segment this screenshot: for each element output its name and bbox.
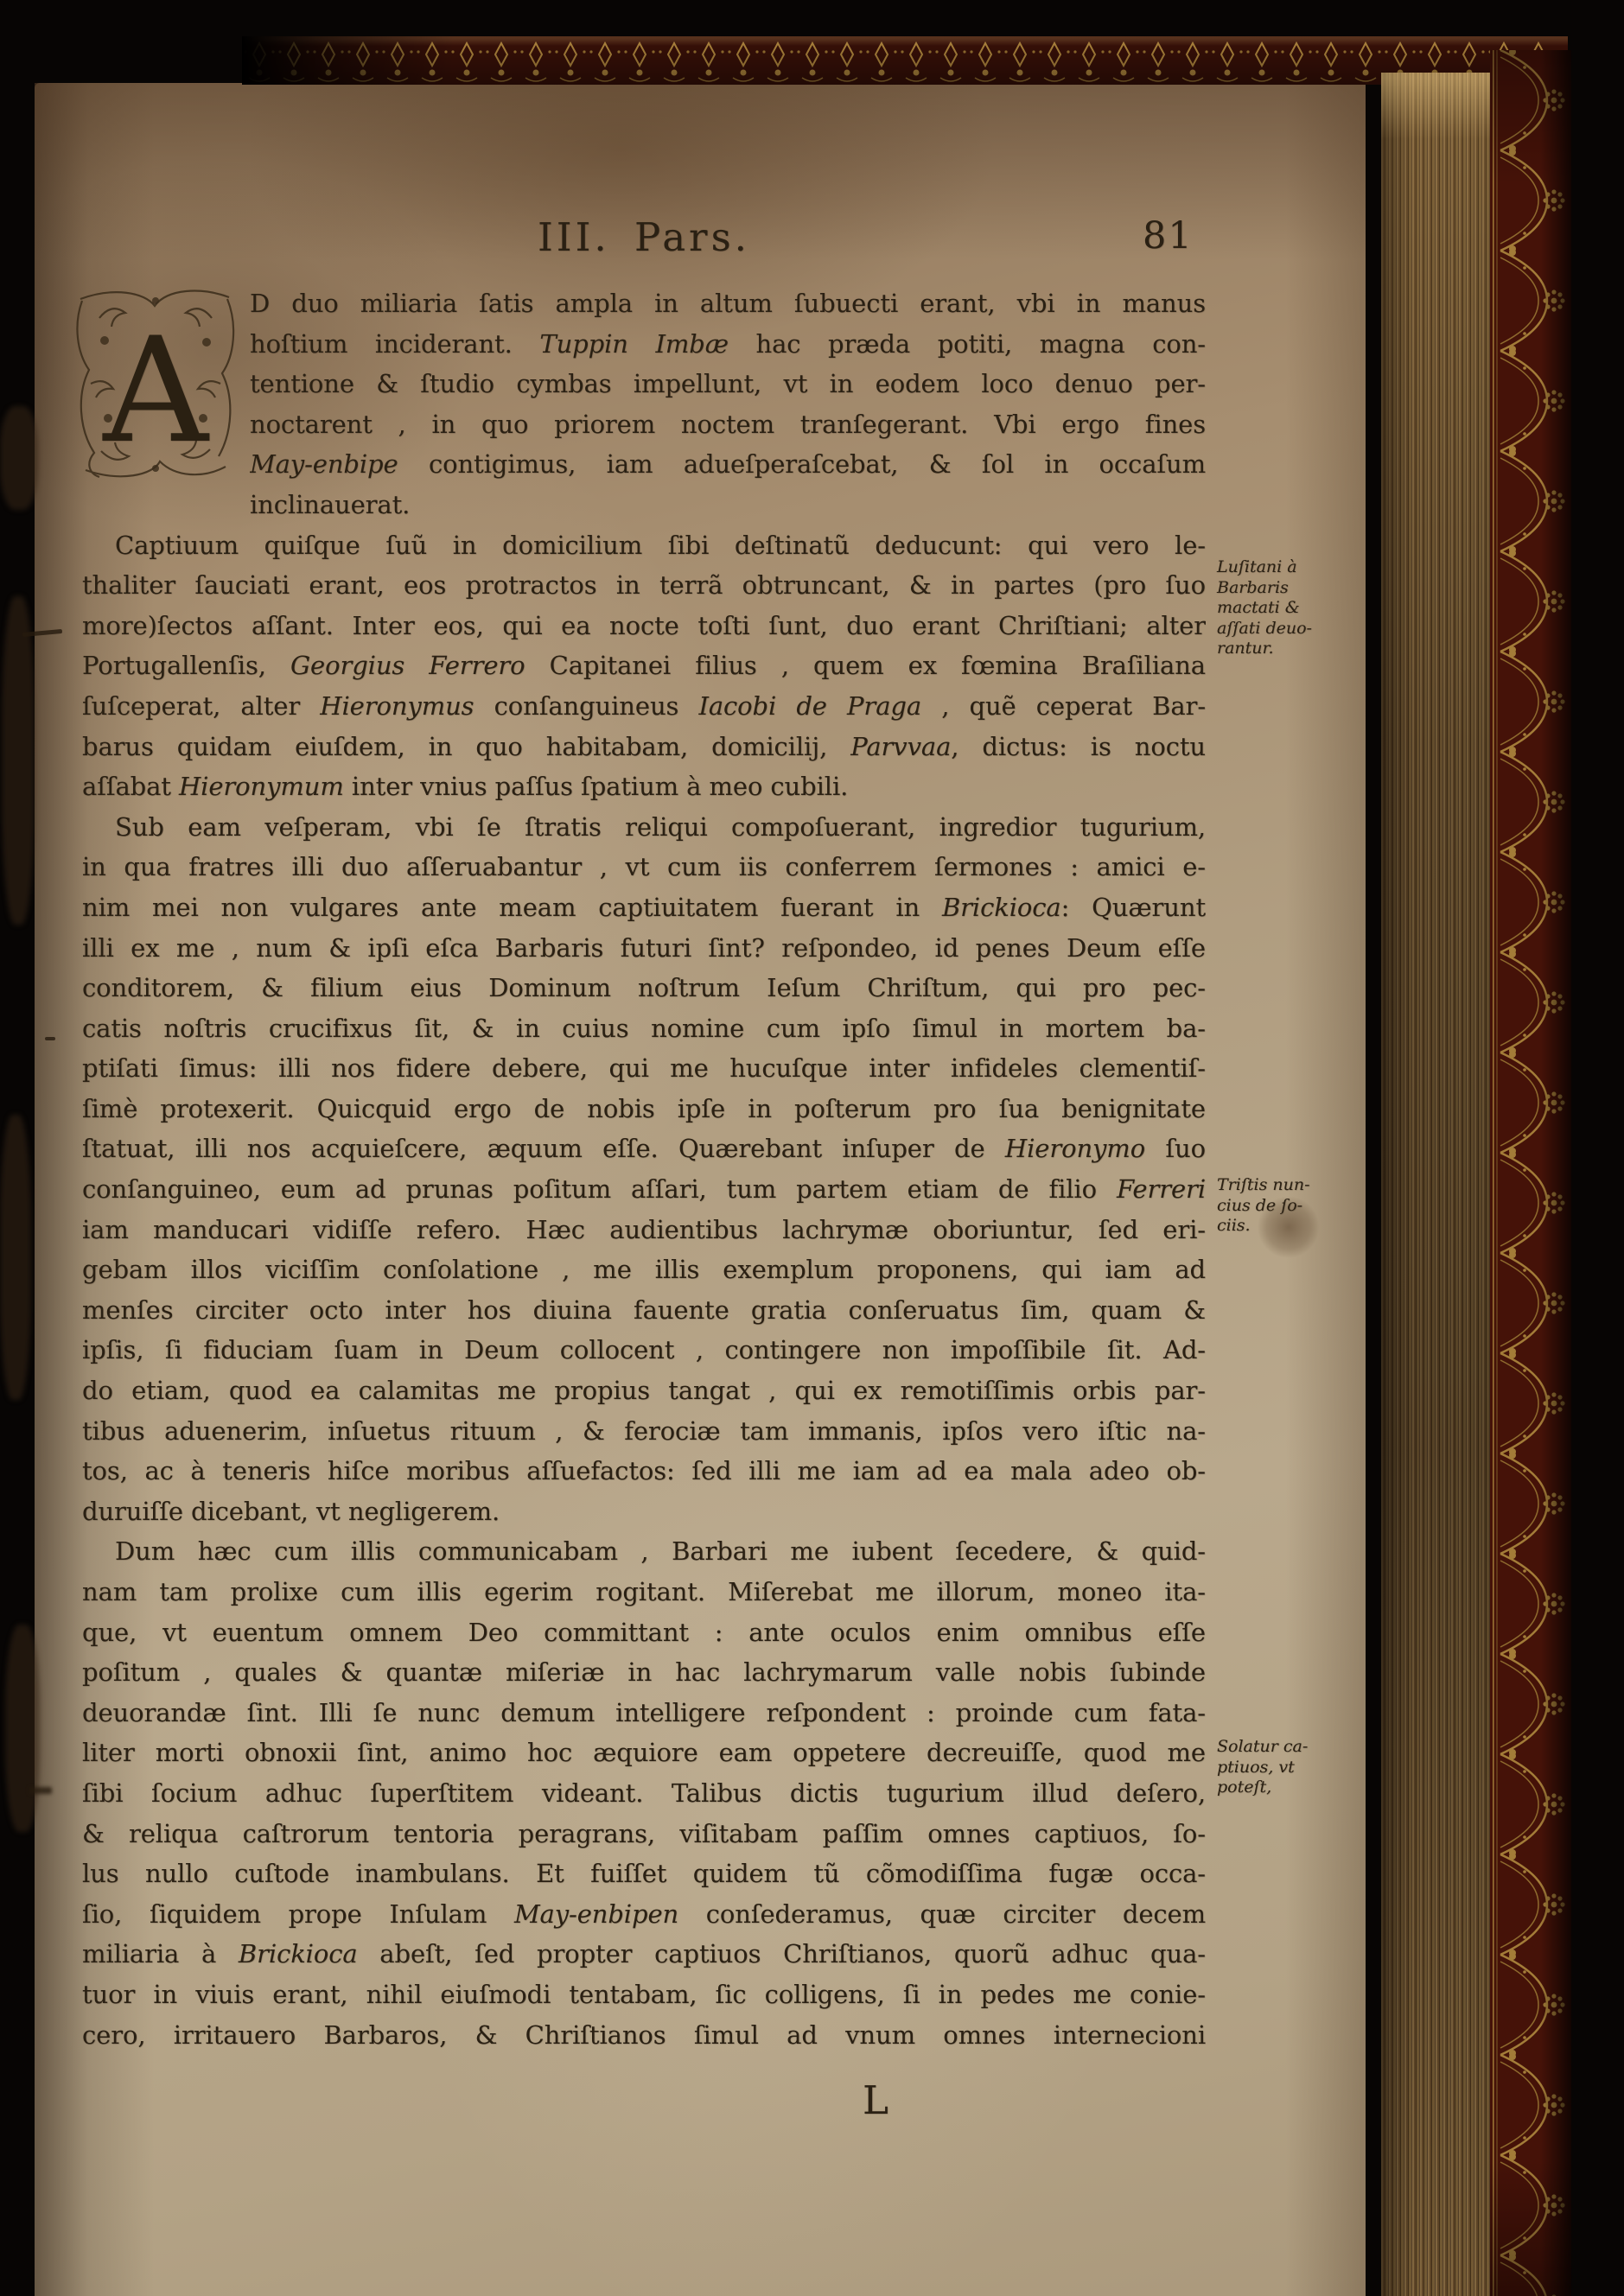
text-line: iam manducari vidiſſe refero. Hæc audien… xyxy=(82,1210,1206,1250)
text-line: duruiſſe dicebant, vt negligerem. xyxy=(82,1491,1206,1532)
text-line: May-enbipe contigimus, iam adueſperaſceb… xyxy=(250,444,1206,485)
svg-text:A: A xyxy=(102,306,209,475)
text-line: & reliqua caſtrorum tentoria peragrans, … xyxy=(82,1814,1206,1854)
ink-speck xyxy=(45,1037,55,1040)
text-line: more)ſectos aſſant. Inter eos, qui ea no… xyxy=(82,606,1206,646)
margin-note-line: poteſt, xyxy=(1217,1778,1364,1798)
margin-note-line: rantur. xyxy=(1217,639,1364,659)
margin-note-line: mactati & xyxy=(1217,598,1364,619)
margin-note-line: Barbaris xyxy=(1217,578,1364,599)
woodcut-initial: A xyxy=(70,287,241,488)
text-line: deuorandæ ſint. Illi ſe nunc demum intel… xyxy=(82,1693,1206,1733)
text-line: aſſabat Hieronymum inter vnius paſſus ſp… xyxy=(82,766,1206,807)
text-line: catis noſtris crucifixus ſit, & in cuius… xyxy=(82,1008,1206,1049)
page-number: 81 xyxy=(1143,214,1220,258)
text-line: Sub eam veſperam, vbi ſe ſtratis reliqui… xyxy=(82,807,1206,848)
text-line: do etiam, quod ea calamitas me propius t… xyxy=(82,1371,1206,1411)
text-line: miliaria à Brickioca abeſt, ſed propter … xyxy=(82,1934,1206,1975)
paragraph: Sub eam veſperam, vbi ſe ſtratis reliqui… xyxy=(82,807,1206,1532)
paragraph: Captiuum quiſque ſuũ in domicilium ſibi … xyxy=(82,525,1206,807)
margin-note-line: Solatur ca- xyxy=(1217,1737,1364,1758)
top-strip-shading xyxy=(242,36,1568,85)
margin-note: Triſtis nun-cius de ſo-ciis. xyxy=(1217,1175,1364,1237)
text-line: tos, ac à teneris hiſce moribus aſſuefac… xyxy=(82,1451,1206,1491)
text-line: hoſtium inciderant. Tuppin Imbæ hac præd… xyxy=(250,324,1206,365)
ink-smudge xyxy=(29,1787,52,1794)
text-line: conditorem, & filium eius Dominum noſtru… xyxy=(82,968,1206,1008)
margin-note-line: Luſitani à xyxy=(1217,557,1364,578)
gutter-fragment xyxy=(2,596,35,925)
text-line: ſuſceperat, alter Hieronymus conſanguine… xyxy=(82,686,1206,727)
text-line: ptiſati ſimus: illi nos fidere debere, q… xyxy=(82,1048,1206,1089)
gutter-fragment xyxy=(5,1625,40,1832)
text-line: Portugallenſis, Georgius Ferrero Capitan… xyxy=(82,646,1206,686)
text-line: ipſis, ſi fiduciam ſuam in Deum collocen… xyxy=(82,1330,1206,1371)
text-line: barus quidam eiuſdem, in quo habitabam, … xyxy=(82,727,1206,767)
fore-edge-pages xyxy=(1381,73,1490,2296)
body-text: A D duo miliaria ſatis ampla in altum ſu… xyxy=(82,283,1206,2055)
text-line: illi ex me , num & ipſi eſca Barbaris fu… xyxy=(82,928,1206,969)
text-line: ſimè protexerit. Quicquid ergo de nobis … xyxy=(82,1089,1206,1129)
gilt-scallop-pattern xyxy=(1490,50,1571,2296)
margin-note-line: ciis. xyxy=(1217,1216,1364,1237)
margin-note-line: ptiuos, vt xyxy=(1217,1758,1364,1778)
margin-note: Solatur ca-ptiuos, vtpoteſt, xyxy=(1217,1737,1364,1798)
gutter-fragment xyxy=(0,1115,31,1400)
paragraph: A D duo miliaria ſatis ampla in altum ſu… xyxy=(82,283,1206,525)
text-line: in qua fratres illi duo aſſeruabantur , … xyxy=(82,847,1206,887)
margin-note-line: aſſati deuo- xyxy=(1217,619,1364,639)
text-line: ſio, ſiquidem prope Inſulam May-enbipen … xyxy=(82,1894,1206,1935)
margin-note-line: cius de ſo- xyxy=(1217,1196,1364,1217)
text-line: nam tam prolixe cum illis egerim rogitan… xyxy=(82,1572,1206,1612)
text-line: conſanguineo, eum ad prunas poſitum aſſa… xyxy=(82,1169,1206,1210)
text-line: Captiuum quiſque ſuũ in domicilium ſibi … xyxy=(82,525,1206,566)
text-line: gebam illos viciſſim conſolatione , me i… xyxy=(82,1250,1206,1290)
paragraph: Dum hæc cum illis communicabam , Barbari… xyxy=(82,1531,1206,2055)
text-line: Dum hæc cum illis communicabam , Barbari… xyxy=(82,1531,1206,1572)
running-header: III. Pars. xyxy=(519,214,769,260)
text-line: liter morti obnoxii ſint, animo hoc æqui… xyxy=(82,1733,1206,1773)
margin-note-line: Triſtis nun- xyxy=(1217,1175,1364,1196)
gilt-cover-edge xyxy=(1490,50,1571,2296)
gutter-fragment xyxy=(0,406,38,510)
text-line: tibus aduenerim, inſuetus rituum , & fer… xyxy=(82,1411,1206,1452)
book-page-scan: III. Pars. 81 A D duo milia xyxy=(0,0,1624,2296)
text-line: poſitum , quales & quantæ miſeriæ in hac… xyxy=(82,1652,1206,1693)
text-line: nim mei non vulgares ante meam captiuita… xyxy=(82,887,1206,928)
text-line: menſes circiter octo inter hos diuina fa… xyxy=(82,1290,1206,1331)
text-line: tentione & ſtudio cymbas impellunt, vt i… xyxy=(250,364,1206,404)
text-line: ſibi ſocium adhuc ſuperſtitem videant. T… xyxy=(82,1773,1206,1814)
margin-note: Luſitani àBarbarismactati &aſſati deuo-r… xyxy=(1217,557,1364,659)
text-line: cero, irritauero Barbaros, & Chriſtianos… xyxy=(82,2015,1206,2056)
signature-mark: L xyxy=(863,2077,888,2123)
text-line: lus nullo cuſtode inambulans. Et fuiſſet… xyxy=(82,1854,1206,1894)
text-line: D duo miliaria ſatis ampla in altum ſubu… xyxy=(250,283,1206,324)
text-line: inclinauerat. xyxy=(250,485,1206,525)
text-line: thaliter ſauciati erant, eos protractos … xyxy=(82,565,1206,606)
text-line: tuor in viuis erant, nihil eiuſmodi tent… xyxy=(82,1975,1206,2015)
text-line: ſtatuat, illi nos acquieſcere, æquum eſſ… xyxy=(82,1129,1206,1169)
text-line: noctarent , in quo priorem noctem tranſe… xyxy=(250,404,1206,445)
text-line: que, vt euentum omnem Deo committant : a… xyxy=(82,1612,1206,1653)
binding-top-edge xyxy=(242,36,1568,85)
